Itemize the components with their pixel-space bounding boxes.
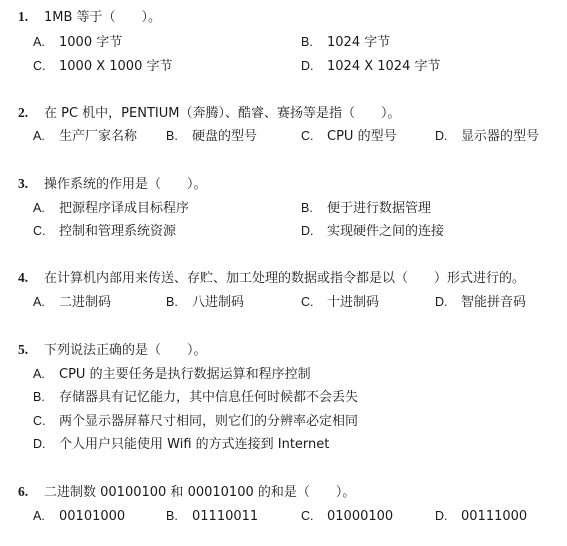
option-b: B.1024 字节 xyxy=(301,34,390,51)
option-a: A.二进制码 xyxy=(33,294,111,311)
option-text: 智能拼音码 xyxy=(461,295,526,310)
option-text: 显示器的型号 xyxy=(461,129,539,144)
option-text: 二进制码 xyxy=(59,295,111,310)
question-number: 2. xyxy=(18,105,44,121)
option-letter: B. xyxy=(301,34,327,50)
option-letter: C. xyxy=(301,128,327,144)
option-b: B.存储器具有记忆能力，其中信息任何时候都不会丢失 xyxy=(33,389,358,406)
option-text: 便于进行数据管理 xyxy=(327,201,431,216)
option-letter: A. xyxy=(33,34,59,50)
option-text: 00101000 xyxy=(59,509,125,524)
option-c: C.CPU 的型号 xyxy=(301,128,397,145)
option-d: D.实现硬件之间的连接 xyxy=(301,223,444,240)
question-stem: 2.在 PC 机中，PENTIUM（奔腾）、酷睿、赛扬等是指（ ）。 xyxy=(18,105,400,122)
option-d: D.00111000 xyxy=(435,508,527,525)
question-stem: 4.在计算机内部用来传送、存贮、加工处理的数据或指令都是以（ ）形式进行的。 xyxy=(18,270,525,287)
question-number: 1. xyxy=(18,9,44,25)
option-text: 00111000 xyxy=(461,509,527,524)
option-d: D.显示器的型号 xyxy=(435,128,539,145)
option-text: CPU 的主要任务是执行数据运算和程序控制 xyxy=(59,367,311,382)
option-c: C.01000100 xyxy=(301,508,393,525)
option-letter: A. xyxy=(33,294,59,310)
option-c: C.1000 X 1000 字节 xyxy=(33,58,172,75)
option-letter: C. xyxy=(301,294,327,310)
option-letter: B. xyxy=(33,389,59,405)
option-letter: D. xyxy=(435,294,461,310)
option-a: A.生产厂家名称 xyxy=(33,128,137,145)
option-text: 八进制码 xyxy=(192,295,244,310)
question-stem: 5.下列说法正确的是（ ）。 xyxy=(18,342,207,359)
option-letter: A. xyxy=(33,366,59,382)
question-text: 操作系统的作用是（ ）。 xyxy=(44,177,207,192)
option-text: 十进制码 xyxy=(327,295,379,310)
question-stem: 6.二进制数 00100100 和 00010100 的和是（ ）。 xyxy=(18,484,355,501)
question-number: 5. xyxy=(18,342,44,358)
option-letter: B. xyxy=(166,128,192,144)
option-c: C.十进制码 xyxy=(301,294,379,311)
question-number: 3. xyxy=(18,176,44,192)
option-letter: C. xyxy=(33,223,59,239)
option-text: 两个显示器屏幕尺寸相同，则它们的分辨率必定相同 xyxy=(59,414,358,429)
question-text: 二进制数 00100100 和 00010100 的和是（ ）。 xyxy=(44,485,355,500)
option-letter: D. xyxy=(435,508,461,524)
question-text: 在 PC 机中，PENTIUM（奔腾）、酷睿、赛扬等是指（ ）。 xyxy=(44,106,400,121)
option-letter: D. xyxy=(435,128,461,144)
option-text: 硬盘的型号 xyxy=(192,129,257,144)
question-number: 6. xyxy=(18,484,44,500)
option-a: A.00101000 xyxy=(33,508,125,525)
question-stem: 1.1MB 等于（ ）。 xyxy=(18,9,161,26)
option-d: D.1024 X 1024 字节 xyxy=(301,58,440,75)
option-text: 1000 X 1000 字节 xyxy=(59,59,172,74)
option-a: A.1000 字节 xyxy=(33,34,122,51)
option-letter: C. xyxy=(301,508,327,524)
option-c: C.控制和管理系统资源 xyxy=(33,223,176,240)
option-letter: C. xyxy=(33,413,59,429)
option-b: B.八进制码 xyxy=(166,294,244,311)
option-text: 个人用户只能使用 Wifi 的方式连接到 Internet xyxy=(59,437,329,452)
option-text: CPU 的型号 xyxy=(327,129,397,144)
option-letter: B. xyxy=(166,508,192,524)
option-letter: C. xyxy=(33,58,59,74)
option-text: 控制和管理系统资源 xyxy=(59,224,176,239)
option-text: 01000100 xyxy=(327,509,393,524)
option-b: B.01110011 xyxy=(166,508,258,525)
option-text: 把源程序译成目标程序 xyxy=(59,201,189,216)
option-letter: D. xyxy=(301,223,327,239)
option-letter: A. xyxy=(33,200,59,216)
option-letter: B. xyxy=(166,294,192,310)
option-a: A.把源程序译成目标程序 xyxy=(33,200,189,217)
option-letter: D. xyxy=(301,58,327,74)
option-text: 实现硬件之间的连接 xyxy=(327,224,444,239)
question-text: 1MB 等于（ ）。 xyxy=(44,10,161,25)
option-letter: A. xyxy=(33,128,59,144)
option-letter: D. xyxy=(33,436,59,452)
option-a: A.CPU 的主要任务是执行数据运算和程序控制 xyxy=(33,366,311,383)
option-c: C.两个显示器屏幕尺寸相同，则它们的分辨率必定相同 xyxy=(33,413,358,430)
question-stem: 3.操作系统的作用是（ ）。 xyxy=(18,176,207,193)
option-d: D.智能拼音码 xyxy=(435,294,526,311)
question-text: 在计算机内部用来传送、存贮、加工处理的数据或指令都是以（ ）形式进行的。 xyxy=(44,271,525,286)
question-text: 下列说法正确的是（ ）。 xyxy=(44,343,207,358)
option-text: 1024 X 1024 字节 xyxy=(327,59,440,74)
option-text: 生产厂家名称 xyxy=(59,129,137,144)
option-text: 1000 字节 xyxy=(59,35,122,50)
option-b: B.便于进行数据管理 xyxy=(301,200,431,217)
option-b: B.硬盘的型号 xyxy=(166,128,257,145)
question-number: 4. xyxy=(18,270,44,286)
option-text: 1024 字节 xyxy=(327,35,390,50)
option-letter: B. xyxy=(301,200,327,216)
option-text: 存储器具有记忆能力，其中信息任何时候都不会丢失 xyxy=(59,390,358,405)
option-letter: A. xyxy=(33,508,59,524)
option-text: 01110011 xyxy=(192,509,258,524)
option-d: D.个人用户只能使用 Wifi 的方式连接到 Internet xyxy=(33,436,329,453)
